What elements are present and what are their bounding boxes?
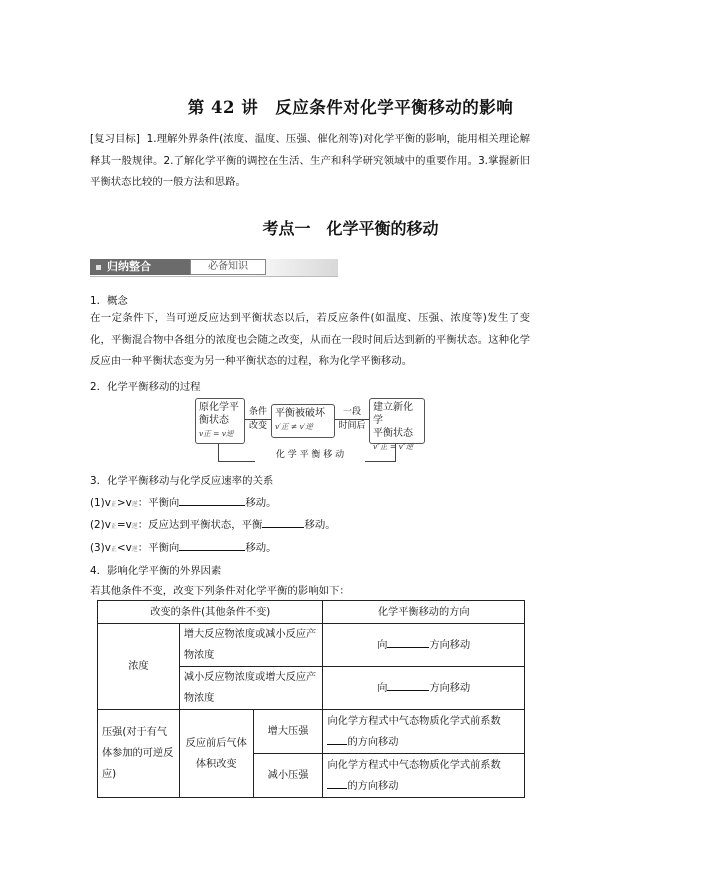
answer-blank[interactable] xyxy=(179,495,245,506)
conc-condition-1: 增大反应物浓度或减小反应产物浓度 xyxy=(179,624,323,667)
table-row: 浓度 增大反应物浓度或减小反应产物浓度 向方向移动 xyxy=(98,624,525,667)
factors-intro: 若其他条件不变，改变下列条件对化学平衡的影响如下： xyxy=(90,582,350,597)
conc-label: 浓度 xyxy=(98,624,180,710)
broken-state-box: 平衡被破坏 v′正 ≠ v′逆 xyxy=(271,404,335,438)
table-row: 压强(对于有气体参加的可逆反应) 反应前后气体体积改变 增大压强 向化学方程式中… xyxy=(98,710,525,754)
answer-blank[interactable] xyxy=(327,778,347,789)
answer-blank[interactable] xyxy=(387,680,429,691)
conc-result-2: 向方向移动 xyxy=(323,667,525,710)
press-result-1: 向化学方程式中气态物质化学式前系数的方向移动 xyxy=(323,710,525,754)
relation-item-3: (3)v正<v逆：平衡向移动。 xyxy=(90,539,277,554)
square-bullet-icon xyxy=(96,265,101,270)
press-result-2: 向化学方程式中气态物质化学式前系数的方向移动 xyxy=(323,754,525,798)
table-header-row: 改变的条件(其他条件不变) 化学平衡移动的方向 xyxy=(98,601,525,624)
header-direction: 化学平衡移动的方向 xyxy=(323,601,525,624)
press-sub: 反应前后气体体积改变 xyxy=(179,710,253,798)
divider xyxy=(90,276,338,277)
press-condition-2: 减小压强 xyxy=(253,754,323,798)
answer-blank[interactable] xyxy=(179,540,245,551)
press-label: 压强(对于有气体参加的可逆反应) xyxy=(98,710,180,798)
arrow-time-passes: 一段 时间后 xyxy=(335,406,369,433)
original-state-box: 原化学平 衡状态 v正 = v逆 xyxy=(195,398,245,444)
conc-condition-2: 减小反应物浓度或增大反应产物浓度 xyxy=(179,667,323,710)
arrow-condition-change: 条件 改变 xyxy=(245,406,271,433)
banner-knowledge-tab: 必备知识 xyxy=(190,259,266,275)
answer-blank[interactable] xyxy=(262,517,304,528)
review-goals-text: 1.理解外界条件(浓度、温度、压强、催化剂等)对化学平衡的影响，能用相关理论解释… xyxy=(90,133,530,188)
header-condition: 改变的条件(其他条件不变) xyxy=(98,601,323,624)
banner-summary-tab: 归纳整合 xyxy=(90,259,190,275)
new-state-box: 建立新化学 平衡状态 v″正 = v″逆 xyxy=(369,398,425,444)
shift-label: 化 学 平 衡 移 动 xyxy=(255,449,365,462)
process-diagram: 原化学平 衡状态 v正 = v逆 条件 改变 平衡被破坏 v′正 ≠ v′逆 一… xyxy=(195,398,435,466)
answer-blank[interactable] xyxy=(327,734,347,745)
process-heading: 2．化学平衡移动的过程 xyxy=(90,378,201,393)
relation-item-2: (2)v正=v逆：反应达到平衡状态，平衡移动。 xyxy=(90,516,336,531)
press-condition-1: 增大压强 xyxy=(253,710,323,754)
page-title: 第 42 讲 反应条件对化学平衡移动的影响 xyxy=(0,94,701,118)
factors-table: 改变的条件(其他条件不变) 化学平衡移动的方向 浓度 增大反应物浓度或减小反应产… xyxy=(97,600,525,798)
relation-item-1: (1)v正>v逆：平衡向移动。 xyxy=(90,494,277,509)
conc-result-1: 向方向移动 xyxy=(323,624,525,667)
review-goals-label: [复习目标] xyxy=(90,133,140,145)
review-goals: [复习目标] 1.理解外界条件(浓度、温度、压强、催化剂等)对化学平衡的影响，能… xyxy=(90,129,530,194)
section-banner: 归纳整合 必备知识 xyxy=(90,259,338,277)
section-title: 考点一 化学平衡的移动 xyxy=(0,216,701,239)
factors-heading: 4．影响化学平衡的外界因素 xyxy=(90,562,221,577)
relation-heading: 3．化学平衡移动与化学反应速率的关系 xyxy=(90,472,273,487)
concept-text: 在一定条件下，当可逆反应达到平衡状态以后，若反应条件(如温度、压强、浓度等)发生… xyxy=(90,308,530,373)
answer-blank[interactable] xyxy=(387,637,429,648)
concept-heading: 1．概念 xyxy=(90,292,128,307)
